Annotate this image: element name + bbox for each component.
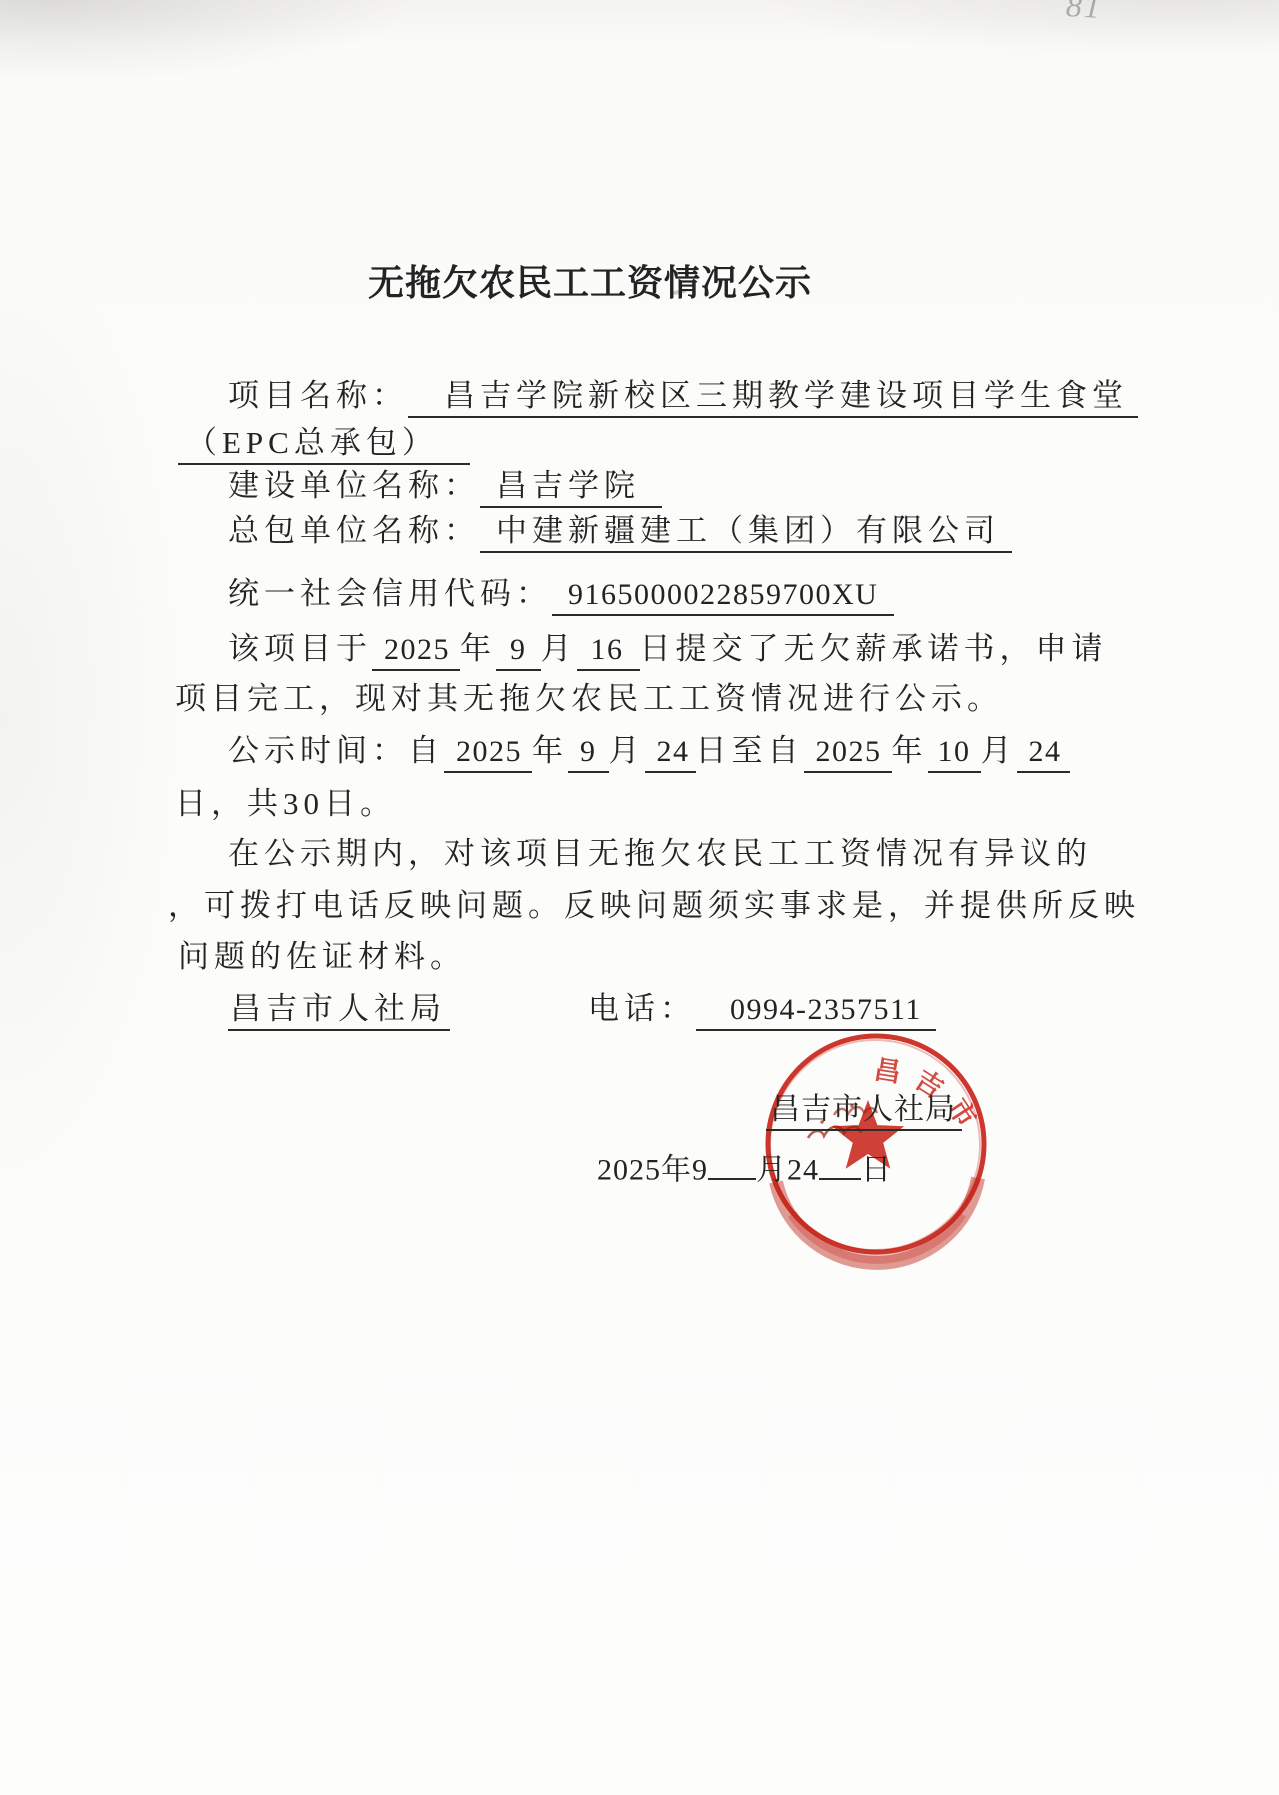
date-day-part: 日 <box>861 1154 892 1187</box>
period-start-year: 2025 <box>444 734 532 773</box>
contact-line: 昌吉市人社局电话：0994-2357511 <box>228 991 936 1031</box>
submission-sentence-line2: 项目完工，现对其无拖欠农民工工资情况进行公示。 <box>175 681 1003 718</box>
year-unit: 年 <box>532 733 568 768</box>
submission-year: 2025 <box>372 632 460 671</box>
builder-label: 建设单位名称： <box>228 468 480 503</box>
period-prefix: 公示时间：自 <box>228 733 444 768</box>
contractor-value: 中建新疆建工（集团）有限公司 <box>480 513 1012 553</box>
credit-code-label: 统一社会信用代码： <box>228 576 552 611</box>
field-contractor: 总包单位名称：中建新疆建工（集团）有限公司 <box>228 513 1012 553</box>
submission-prefix: 该项目于 <box>228 631 372 666</box>
year-unit: 年 <box>460 631 496 666</box>
field-project-name: 项目名称：昌吉学院新校区三期教学建设项目学生食堂 <box>228 378 1138 418</box>
credit-code-value: 9165000022859700XU <box>552 577 894 616</box>
objection-paragraph-line1: 在公示期内，对该项目无拖欠农民工工资情况有异议的 <box>228 836 1092 873</box>
contact-agency: 昌吉市人社局 <box>228 991 450 1031</box>
objection-paragraph-line2: ，可拨打电话反映问题。反映问题须实事求是，并提供所反映 <box>168 888 1140 925</box>
scanned-notice-page: 81 无拖欠农民工工资情况公示 项目名称：昌吉学院新校区三期教学建设项目学生食堂… <box>0 0 1279 1795</box>
field-builder: 建设单位名称：昌吉学院 <box>228 468 662 508</box>
project-name-value2: （EPC总承包） <box>178 425 470 465</box>
period-start-day: 24 <box>645 734 696 773</box>
date-month-part: 月24 <box>756 1154 819 1187</box>
page-title: 无拖欠农民工工资情况公示 <box>368 262 812 304</box>
submission-day: 16 <box>577 632 640 671</box>
field-credit-code: 统一社会信用代码：9165000022859700XU <box>228 576 894 616</box>
builder-value: 昌吉学院 <box>480 468 662 508</box>
year-unit: 年 <box>892 733 928 768</box>
signature-date-line: 2025年9月24日 <box>597 1148 892 1188</box>
date-year-part: 2025年9 <box>597 1154 708 1187</box>
month-unit: 月 <box>981 733 1017 768</box>
submission-month: 9 <box>496 632 541 671</box>
signature-line: 昌吉市人社局 <box>766 1092 962 1131</box>
period-end-month: 10 <box>928 734 981 773</box>
project-name-label: 项目名称： <box>228 378 408 413</box>
publicity-period-line2: 日，共30日。 <box>175 786 396 823</box>
signature-agency: 昌吉市人社局 <box>766 1092 962 1131</box>
month-unit: 月 <box>541 631 577 666</box>
phone-label: 电话： <box>588 991 696 1026</box>
period-end-year: 2025 <box>804 734 892 773</box>
contractor-label: 总包单位名称： <box>228 513 480 548</box>
date-blank-underline <box>819 1148 861 1180</box>
period-middle: 日至自 <box>696 733 804 768</box>
handwritten-corner-number: 81 <box>1065 0 1103 26</box>
phone-value: 0994-2357511 <box>696 992 936 1031</box>
project-name-value: 昌吉学院新校区三期教学建设项目学生食堂 <box>408 378 1138 418</box>
period-end-day: 24 <box>1017 734 1070 773</box>
objection-paragraph-line3: 问题的佐证材料。 <box>178 939 466 976</box>
submission-suffix: 日提交了无欠薪承诺书，申请 <box>640 631 1108 666</box>
field-project-name-line2: （EPC总承包） <box>178 425 470 465</box>
month-unit: 月 <box>609 733 645 768</box>
publicity-period-line1: 公示时间：自2025年9月24日至自2025年10月24 <box>228 733 1070 773</box>
period-start-month: 9 <box>568 734 609 773</box>
official-red-seal: 昌吉市 <box>748 1018 1004 1274</box>
submission-sentence-line1: 该项目于2025年9月16日提交了无欠薪承诺书，申请 <box>228 631 1108 671</box>
date-blank-underline <box>708 1148 756 1180</box>
